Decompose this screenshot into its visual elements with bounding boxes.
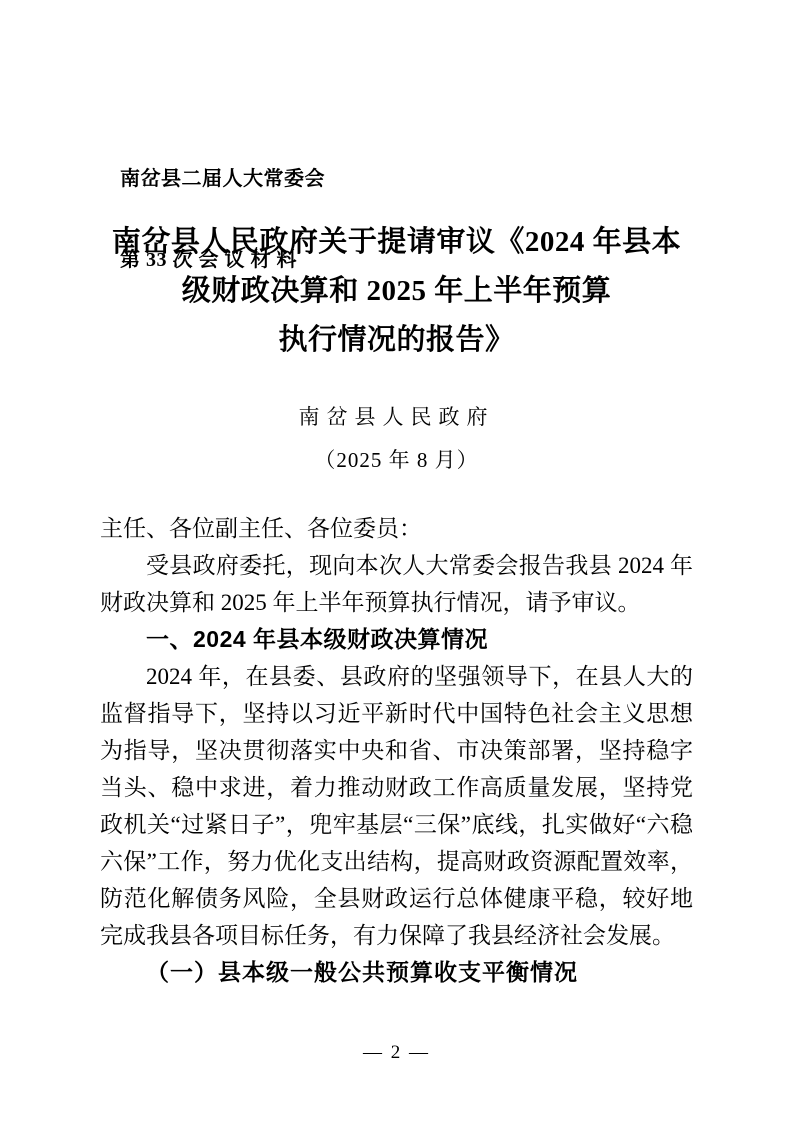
meeting-header-line1: 南岔县二届人大常委会 — [120, 166, 325, 193]
document-title: 南岔县人民政府关于提请审议《2024 年县本 级财政决算和 2025 年上半年预… — [60, 218, 733, 365]
byline: 南岔县人民政府 （2025 年 8 月） — [0, 396, 793, 482]
document-title-line3: 执行情况的报告》 — [60, 316, 733, 365]
document-body: 主任、各位副主任、各位委员： 受县政府委托，现向本次人大常委会报告我县 2024… — [100, 510, 693, 991]
document-title-line2: 级财政决算和 2025 年上半年预算 — [60, 267, 733, 316]
section-subheading-1: （一）县本级一般公共预算收支平衡情况 — [100, 954, 693, 991]
section-heading-1: 一、2024 年县本级财政决算情况 — [100, 621, 693, 658]
document-title-line1: 南岔县人民政府关于提请审议《2024 年县本 — [60, 218, 733, 267]
salutation: 主任、各位副主任、各位委员： — [100, 510, 693, 547]
document-page: 南岔县二届人大常委会 第 33 次 会 议 材 料 南岔县人民政府关于提请审议《… — [0, 0, 793, 1122]
paragraph-intro: 受县政府委托，现向本次人大常委会报告我县 2024 年财政决算和 2025 年上… — [100, 547, 693, 621]
byline-organization: 南岔县人民政府 — [0, 396, 793, 439]
byline-date: （2025 年 8 月） — [0, 439, 793, 482]
page-number: — 2 — — [0, 1041, 793, 1065]
paragraph-overview: 2024 年，在县委、县政府的坚强领导下，在县人大的监督指导下，坚持以习近平新时… — [100, 658, 693, 954]
